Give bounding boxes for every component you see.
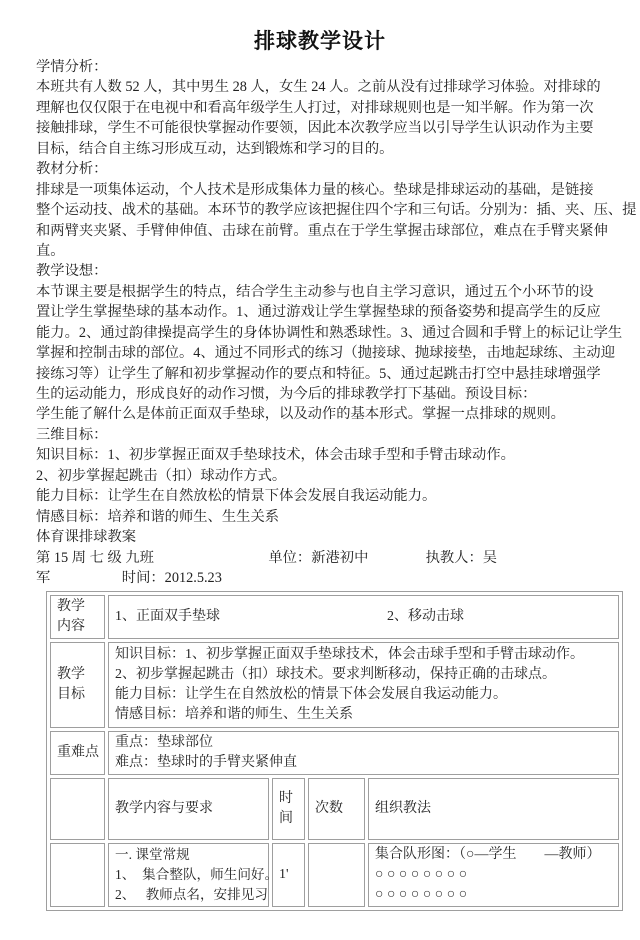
document-line: 学生能了解什么是体前正面双手垫球，以及动作的基本形式。掌握一点排球的规则。 (36, 404, 618, 424)
document-line: 学情分析： (36, 57, 618, 77)
document-line: 知识目标：1、初步掌握正面双手垫球技术，体会击球手型和手臂击球动作。 (36, 445, 618, 465)
document-line: 情感目标：培养和谐的师生、生生关系 (36, 507, 618, 527)
teaching-content-cell: 1、正面双手垫球2、移动击球 (108, 595, 619, 639)
document-line: 能力。2、通过韵律操提高学生的身体协调性和熟悉球性。3、通过合圆和手臂上的标记让… (36, 323, 618, 343)
table-row-activity: 一. 课堂常规1、 集合整队，师生问好。2、 教师点名，安排见习 1' 集合队形… (50, 843, 619, 907)
document-body: 学情分析：本班共有人数 52 人，其中男生 28 人，女生 24 人。之前从没有… (36, 57, 618, 588)
document-line: 直。 (36, 241, 618, 261)
teaching-content-label: 教学内容 (50, 595, 105, 639)
document-line: 整个运动技、战术的基础。本环节的教学应该把握住四个字和三句话。分别为：插、夹、压… (36, 200, 618, 220)
activity-content-cell: 一. 课堂常规1、 集合整队，师生问好。2、 教师点名，安排见习 (108, 843, 269, 907)
activity-empty-cell (50, 843, 105, 907)
table-row-keypoints: 重难点 重点：垫球部位难点：垫球时的手臂夹紧伸直 (50, 731, 619, 775)
content-item-2: 2、移动击球 (387, 609, 464, 624)
document-line: 教学设想： (36, 261, 618, 281)
document-line: 本节课主要是根据学生的特点，结合学生主动参与也自主学习意识，通过五个小环节的设 (36, 282, 618, 302)
header-organization-method: 组织教法 (368, 778, 619, 840)
activity-count-cell (308, 843, 365, 907)
document-line: 军 时间：2012.5.23 (36, 568, 618, 588)
goal-line: 知识目标：1、初步掌握正面双手垫球技术，体会击球手型和手臂击球动作。 (115, 645, 612, 665)
formation-line: ○ ○ ○ ○ ○ ○ ○ ○ (375, 885, 612, 905)
document-line: 教材分析： (36, 159, 618, 179)
table-row-teaching-goals: 教学目标 知识目标：1、初步掌握正面双手垫球技术，体会击球手型和手臂击球动作。2… (50, 642, 619, 728)
activity-method-cell: 集合队形图：（○—学生 —教师）○ ○ ○ ○ ○ ○ ○ ○○ ○ ○ ○ ○… (368, 843, 619, 907)
goal-line: 2、初步掌握起跳击（扣）球技术。要求判断移动，保持正确的击球点。 (115, 665, 612, 685)
document-line: 接练习等）让学生了解和初步掌握动作的要点和特征。5、通过起跳击打空中悬挂球增强学 (36, 364, 618, 384)
header-content-requirements: 教学内容与要求 (108, 778, 269, 840)
keypoints-label: 重难点 (50, 731, 105, 775)
document-line: 生的运动能力，形成良好的动作习惯，为今后的排球教学打下基础。预设目标： (36, 384, 618, 404)
content-item-1: 1、正面双手垫球 (115, 607, 387, 627)
document-line: 理解也仅仅限于在电视中和看高年级学生人打过，对排球规则也是一知半解。作为第一次 (36, 98, 618, 118)
activity-line: 一. 课堂常规 (115, 845, 262, 865)
table-row-column-headers: 教学内容与要求 时间 次数 组织教法 (50, 778, 619, 840)
keypoint-line: 重点：垫球部位 (115, 733, 612, 753)
document-line: 目标，结合自主练习形成互动，达到锻炼和学习的目的。 (36, 139, 618, 159)
header-time: 时间 (272, 778, 305, 840)
activity-line: 1、 集合整队，师生问好。 (115, 865, 262, 885)
document-line: 2、初步掌握起跳击（扣）球动作方式。 (36, 466, 618, 486)
teaching-goals-label: 教学目标 (50, 642, 105, 728)
document-line: 排球是一项集体运动，个人技术是形成集体力量的核心。垫球是排球运动的基础，是链接 (36, 180, 618, 200)
document-line: 三维目标： (36, 425, 618, 445)
keypoints-cell: 重点：垫球部位难点：垫球时的手臂夹紧伸直 (108, 731, 619, 775)
document-line: 接触排球，学生不可能很快掌握动作要领，因此本次教学应当以引导学生认识动作为主要 (36, 118, 618, 138)
document-line: 本班共有人数 52 人，其中男生 28 人，女生 24 人。之前从没有过排球学习… (36, 77, 618, 97)
label-line: 教学 (57, 665, 98, 685)
formation-line: ○ ○ ○ ○ ○ ○ ○ ○ (375, 865, 612, 885)
goal-line: 能力目标：让学生在自然放松的情景下体会发展自我运动能力。 (115, 685, 612, 705)
table-row-teaching-content: 教学内容 1、正面双手垫球2、移动击球 (50, 595, 619, 639)
activity-line: 2、 教师点名，安排见习 (115, 885, 262, 905)
goal-line: 情感目标：培养和谐的师生、生生关系 (115, 705, 612, 725)
header-empty-cell (50, 778, 105, 840)
formation-line: 集合队形图：（○—学生 —教师） (375, 845, 612, 865)
keypoint-line: 难点：垫球时的手臂夹紧伸直 (115, 753, 612, 773)
document-line: 掌握和控制击球的部位。4、通过不同形式的练习（抛接球、抛球接垫，击地起球练、主动… (36, 343, 618, 363)
header-count: 次数 (308, 778, 365, 840)
document-line: 体育课排球教案 (36, 527, 618, 547)
label-line: 目标 (57, 685, 98, 705)
teaching-goals-cell: 知识目标：1、初步掌握正面双手垫球技术，体会击球手型和手臂击球动作。2、初步掌握… (108, 642, 619, 728)
document-page: 排球教学设计 学情分析：本班共有人数 52 人，其中男生 28 人，女生 24 … (0, 0, 640, 940)
document-line: 第 15 周 七 级 九班 单位：新港初中 执教人：吴 (36, 548, 618, 568)
document-line: 置让学生掌握垫球的基本动作。1、通过游戏让学生掌握垫球的预备姿势和提高学生的反应 (36, 302, 618, 322)
document-line: 能力目标：让学生在自然放松的情景下体会发展自我运动能力。 (36, 486, 618, 506)
document-line: 和两臂夹夹紧、手臂伸伸值、击球在前臂。重点在于学生掌握击球部位，难点在手臂夹紧伸 (36, 221, 618, 241)
label-line: 重难点 (57, 743, 98, 763)
label-line: 教学 (57, 597, 98, 617)
document-title: 排球教学设计 (0, 25, 640, 55)
label-line: 内容 (57, 617, 98, 637)
lesson-plan-table: 教学内容 1、正面双手垫球2、移动击球 教学目标 知识目标：1、初步掌握正面双手… (46, 591, 623, 911)
